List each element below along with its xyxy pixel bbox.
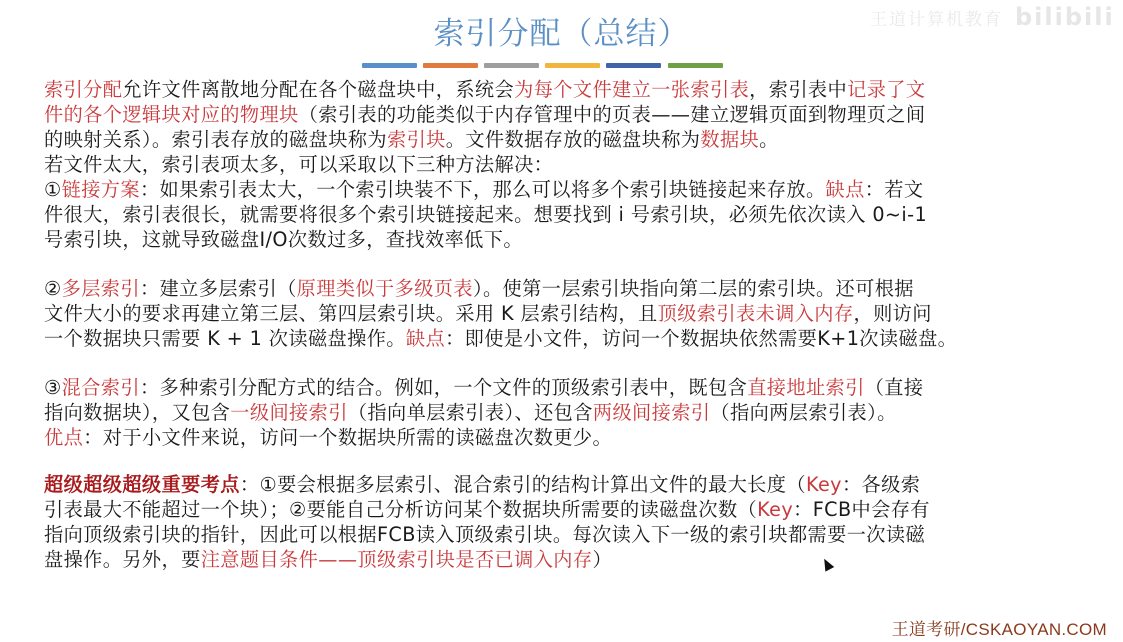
text-run: 一个数据块只需要 K + 1 次读磁盘操作。 xyxy=(44,327,406,350)
paragraph-key-points: 超级超级超级重要考点：①要会根据多层索引、混合索引的结构计算出文件的最大长度（K… xyxy=(44,472,1089,572)
text-run: ：即使是小文件，访问一个数据块依然需要K+1次读磁盘。 xyxy=(445,327,957,350)
text-run: ：建立多层索引（ xyxy=(140,277,297,300)
text-run: ：①要会根据多层索引、混合索引的结构计算出文件的最大长度（ xyxy=(240,473,806,496)
text-run: （直接 xyxy=(865,376,924,399)
text-run: 。 xyxy=(759,128,779,151)
text-run: 允许文件离散地分配在各个磁盘块中，系统会 xyxy=(122,78,514,101)
text-line: 的映射关系）。索引表存放的磁盘块称为索引块。文件数据存放的磁盘块称为数据块。 xyxy=(44,127,1089,152)
text-line: 优点：对于小文件来说，访问一个数据块所需的读磁盘次数更少。 xyxy=(44,425,1089,450)
text-run: 指向数据块），又包含 xyxy=(44,401,230,424)
highlighted-text: 两级间接索引 xyxy=(593,401,711,424)
accent-bar-gray xyxy=(484,63,539,68)
text-run: 件很大，索引表很长，就需要将很多个索引块链接起来。想要找到 i 号索引块，必须先… xyxy=(44,203,927,226)
text-run: （指向单层索引表）、还包含 xyxy=(348,401,593,424)
accent-bar-darkblue xyxy=(606,63,661,68)
slide-title: 索引分配（总结） xyxy=(0,14,1123,54)
text-run: ，索引表中 xyxy=(749,78,847,101)
text-line: 指向顶级索引块的指针，因此可以根据FCB读入顶级索引块。每次读入下一级的索引块都… xyxy=(44,522,1089,547)
text-run: ：对于小文件来说，访问一个数据块所需的读磁盘次数更少。 xyxy=(83,426,612,449)
text-run: ，则访问 xyxy=(853,302,931,325)
text-run: ） xyxy=(592,548,612,571)
accent-bar-orange xyxy=(423,63,478,68)
accent-bar-yellow xyxy=(545,63,600,68)
paragraph-mixed-index: ③混合索引：多种索引分配方式的结合。例如，一个文件的顶级索引表中，既包含直接地址… xyxy=(44,375,1089,450)
text-line: 件很大，索引表很长，就需要将很多个索引块链接起来。想要找到 i 号索引块，必须先… xyxy=(44,202,1089,227)
highlighted-text: Key xyxy=(806,473,842,496)
text-line: ②多层索引：建立多层索引（原理类似于多级页表）。使第一层索引块指向第二层的索引块… xyxy=(44,276,1089,301)
text-run: 的映射关系）。索引表存放的磁盘块称为 xyxy=(44,128,387,151)
text-run: 文件大小的要求再建立第三层、第四层索引块。采用 K 层索引结构，且 xyxy=(44,302,658,325)
paragraph-intro: 索引分配允许文件离散地分配在各个磁盘块中，系统会为每个文件建立一张索引表，索引表… xyxy=(44,77,1089,177)
text-line: 索引分配允许文件离散地分配在各个磁盘块中，系统会为每个文件建立一张索引表，索引表… xyxy=(44,77,1089,102)
text-run: ：多种索引分配方式的结合。例如，一个文件的顶级索引表中，既包含 xyxy=(140,376,747,399)
highlighted-text: 链接方案 xyxy=(62,178,140,201)
highlighted-text: 索引分配 xyxy=(44,78,122,101)
text-run: ）。使第一层索引块指向第二层的索引块。还可根据 xyxy=(473,277,914,300)
text-run: （索引表的功能类似于内存管理中的页表——建立逻辑页面到物理页之间 xyxy=(299,103,926,126)
accent-bar-blue xyxy=(362,63,417,68)
highlighted-text: 注意题目条件——顶级索引块是否已调入内存 xyxy=(201,548,593,571)
highlighted-text: 优点 xyxy=(44,426,83,449)
text-run: ：若文 xyxy=(865,178,924,201)
highlighted-text: 多层索引 xyxy=(62,277,140,300)
highlighted-text: 超级超级超级重要考点 xyxy=(44,473,240,496)
highlighted-text: 直接地址索引 xyxy=(747,376,865,399)
text-line: 超级超级超级重要考点：①要会根据多层索引、混合索引的结构计算出文件的最大长度（K… xyxy=(44,472,1089,497)
highlighted-text: 缺点 xyxy=(826,178,865,201)
highlighted-text: 顶级索引表未调入内存 xyxy=(658,302,854,325)
text-line: 盘操作。另外，要注意题目条件——顶级索引块是否已调入内存） xyxy=(44,547,1089,572)
accent-bar-green xyxy=(668,63,723,68)
slide: 王道计算机教育bilibili 索引分配（总结） 索引分配允许文件离散地分配在各… xyxy=(0,0,1123,642)
text-run: 若文件太大，索引表项太多，可以采取以下三种方法解决： xyxy=(44,153,553,176)
text-line: ③混合索引：多种索引分配方式的结合。例如，一个文件的顶级索引表中，既包含直接地址… xyxy=(44,375,1089,400)
text-line: 号索引块，这就导致磁盘I/O次数过多，查找效率低下。 xyxy=(44,227,1089,252)
text-run: ：FCB中会存有 xyxy=(793,498,930,521)
highlighted-text: 为每个文件建立一张索引表 xyxy=(514,78,749,101)
text-line: 一个数据块只需要 K + 1 次读磁盘操作。缺点：即使是小文件，访问一个数据块依… xyxy=(44,326,1089,351)
text-run: 盘操作。另外，要 xyxy=(44,548,201,571)
text-line: ①链接方案：如果索引表太大，一个索引块装不下，那么可以将多个索引块链接起来存放。… xyxy=(44,177,1089,202)
highlighted-text: 数据块 xyxy=(700,128,759,151)
highlighted-text: 记录了文 xyxy=(847,78,925,101)
highlighted-text: 索引块 xyxy=(387,128,446,151)
highlighted-text: 缺点 xyxy=(406,327,445,350)
text-line: 指向数据块），又包含一级间接索引（指向单层索引表）、还包含两级间接索引（指向两层… xyxy=(44,400,1089,425)
text-run: ：如果索引表太大，一个索引块装不下，那么可以将多个索引块链接起来存放。 xyxy=(140,178,826,201)
paragraph-multilevel-index: ②多层索引：建立多层索引（原理类似于多级页表）。使第一层索引块指向第二层的索引块… xyxy=(44,276,1089,351)
highlighted-text: 件的各个逻辑块对应的物理块 xyxy=(44,103,299,126)
highlighted-text: Key xyxy=(757,498,793,521)
text-line: 文件大小的要求再建立第三层、第四层索引块。采用 K 层索引结构，且顶级索引表未调… xyxy=(44,301,1089,326)
text-run: 引表最大不能超过一个块）；②要能自己分析访问某个数据块所需要的读磁盘次数（ xyxy=(44,498,757,521)
footer-brand: 王道考研/CSKAOYAN.COM xyxy=(892,615,1107,640)
highlighted-text: 一级间接索引 xyxy=(230,401,348,424)
text-run: ：各级索 xyxy=(842,473,920,496)
paragraph-linked-scheme: ①链接方案：如果索引表太大，一个索引块装不下，那么可以将多个索引块链接起来存放。… xyxy=(44,177,1089,252)
text-run: ① xyxy=(44,178,62,201)
text-run: ③ xyxy=(44,376,62,399)
text-line: 引表最大不能超过一个块）；②要能自己分析访问某个数据块所需要的读磁盘次数（Key… xyxy=(44,497,1089,522)
text-line: 件的各个逻辑块对应的物理块（索引表的功能类似于内存管理中的页表——建立逻辑页面到… xyxy=(44,102,1089,127)
text-run: 号索引块，这就导致磁盘I/O次数过多，查找效率低下。 xyxy=(44,228,523,251)
highlighted-text: 原理类似于多级页表 xyxy=(297,277,473,300)
text-run: 指向顶级索引块的指针，因此可以根据FCB读入顶级索引块。每次读入下一级的索引块都… xyxy=(44,523,925,546)
highlighted-text: 混合索引 xyxy=(62,376,140,399)
text-line: 若文件太大，索引表项太多，可以采取以下三种方法解决： xyxy=(44,152,1089,177)
text-run: 。文件数据存放的磁盘块称为 xyxy=(446,128,701,151)
slide-body: 索引分配允许文件离散地分配在各个磁盘块中，系统会为每个文件建立一张索引表，索引表… xyxy=(44,77,1089,572)
text-run: （指向两层索引表）。 xyxy=(710,401,896,424)
text-run: ② xyxy=(44,277,62,300)
